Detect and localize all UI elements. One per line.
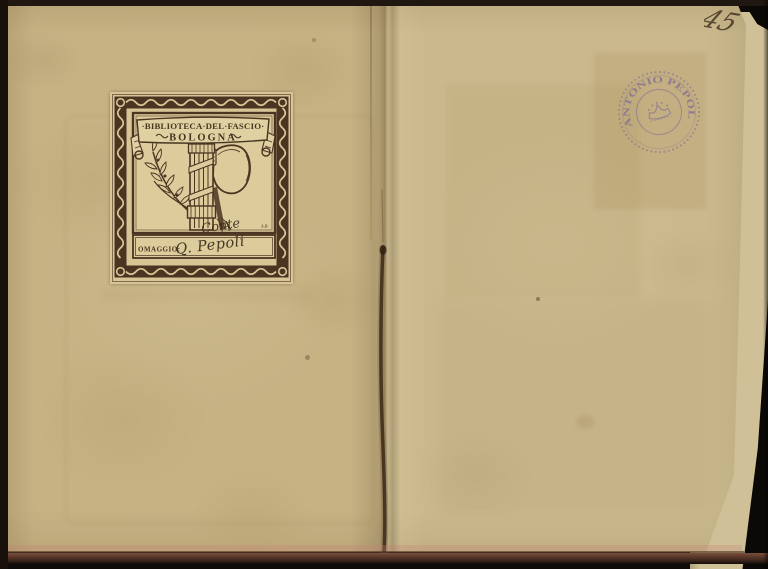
faint-offset-band xyxy=(102,289,312,301)
right-edge-shadow xyxy=(763,0,768,569)
fox-spot xyxy=(576,415,594,429)
bookplate-title-line1: ·BIBLIOTECA·DEL·FASCIO· xyxy=(142,121,265,131)
artist-initials: A.B xyxy=(261,225,268,229)
top-cover-edge xyxy=(0,0,768,6)
page-number-annotation: 45 xyxy=(704,2,764,44)
page-number-text: 45 xyxy=(704,5,744,38)
crown-icon xyxy=(646,99,672,121)
bottom-cover-edge xyxy=(0,553,768,564)
left-cover-edge xyxy=(0,0,8,569)
library-stamp: ANTONIO PEPOLI xyxy=(613,66,705,158)
ghost-stain-swath xyxy=(441,300,711,515)
gutter-crack xyxy=(366,190,406,555)
crack-top-nub xyxy=(380,245,387,255)
scanned-book-spread: ·BIBLIOTECA·DEL·FASCIO· BOLOGNA A.B OMAG… xyxy=(0,0,768,569)
bookplate-title-line2: BOLOGNA xyxy=(169,133,237,144)
axe-icon xyxy=(213,145,250,193)
fox-spot xyxy=(305,355,310,360)
fox-spot xyxy=(312,38,316,42)
fox-spot xyxy=(536,297,540,301)
bookplate: ·BIBLIOTECA·DEL·FASCIO· BOLOGNA A.B OMAG… xyxy=(110,92,293,284)
